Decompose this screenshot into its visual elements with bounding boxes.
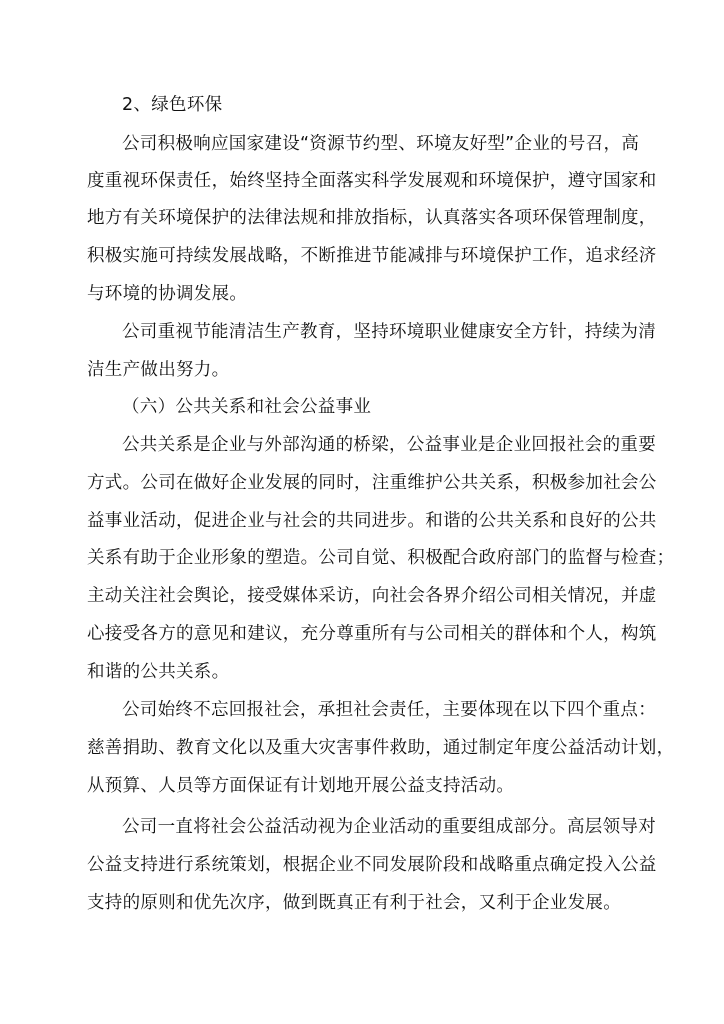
paragraph-line: 方式。公司在做好企业发展的同时，注重维护公共关系，积极参加社会公 [87,470,657,496]
paragraph-line: 和谐的公共关系。 [87,659,229,685]
section-heading: 2、绿色环保 [122,92,222,118]
paragraph-line: 主动关注社会舆论，接受媒体采访，向社会各界介绍公司相关情况，并虚 [87,583,657,609]
paragraph-line: 关系有助于企业形象的塑造。公司自觉、积极配合政府部门的监督与检查； [87,545,674,571]
paragraph-line: 与环境的协调发展。 [87,281,247,307]
paragraph-line: 慈善捐助、教育文化以及重大灾害事件救助，通过制定年度公益活动计划， [87,735,674,761]
paragraph-line: 地方有关环境保护的法律法规和排放指标，认真落实各项环保管理制度， [87,205,657,231]
paragraph-line: 度重视环保责任，始终坚持全面落实科学发展观和环境保护，遵守国家和 [87,168,657,194]
paragraph-line: 公司积极响应国家建设“资源节约型、环境友好型”企业的号召，高 [122,131,639,157]
paragraph-line: 积极实施可持续发展战略，不断推进节能减排与环境保护工作，追求经济 [87,243,657,269]
paragraph-line: 从预算、人员等方面保证有计划地开展公益支持活动。 [87,773,514,799]
paragraph-line: 公司始终不忘回报社会，承担社会责任，主要体现在以下四个重点： [122,697,656,723]
paragraph-line: 公共关系是企业与外部沟通的桥梁，公益事业是企业回报社会的重要 [122,432,656,458]
paragraph-line: 公益支持进行系统策划，根据企业不同发展阶段和战略重点确定投入公益 [87,852,657,878]
paragraph-line: 公司一直将社会公益活动视为企业活动的重要组成部分。高层领导对 [122,814,656,840]
section-heading: （六）公共关系和社会公益事业 [122,394,371,420]
paragraph-line: 心接受各方的意见和建议，充分尊重所有与公司相关的群体和个人，构筑 [87,621,657,647]
paragraph-line: 益事业活动，促进企业与社会的共同进步。和谐的公共关系和良好的公共 [87,508,657,534]
paragraph-line: 公司重视节能清洁生产教育，坚持环境职业健康安全方针，持续为清 [122,319,656,345]
paragraph-line: 支持的原则和优先次序，做到既真正有利于社会，又利于企业发展。 [87,890,621,916]
paragraph-line: 洁生产做出努力。 [87,357,229,383]
